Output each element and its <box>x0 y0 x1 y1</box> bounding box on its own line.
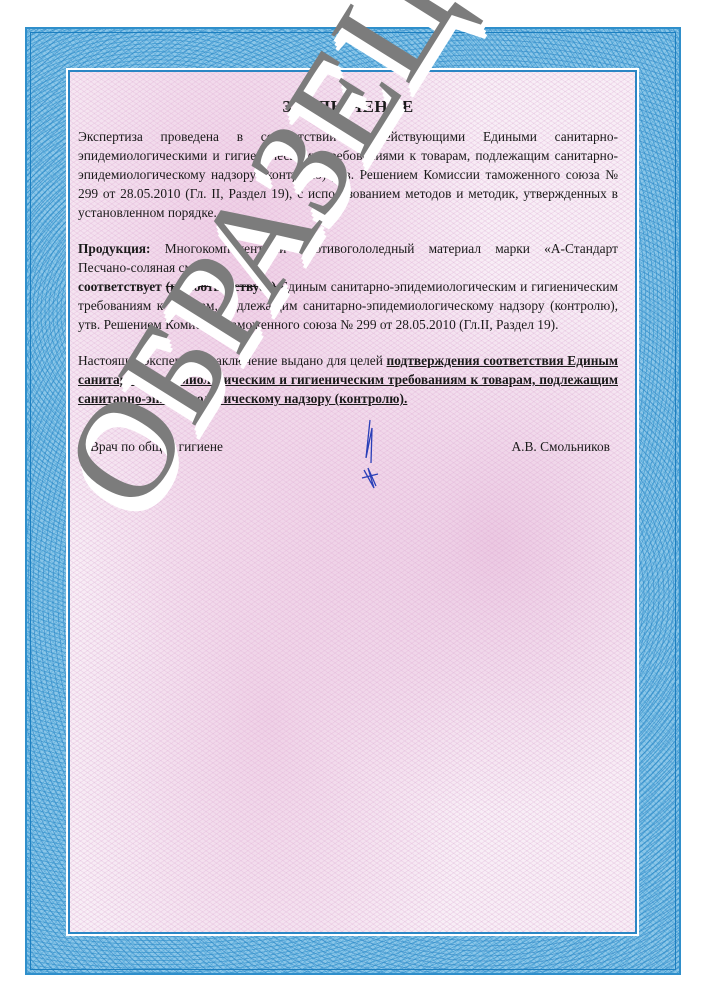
product-label: Продукция: <box>78 241 151 256</box>
signature-mark <box>356 418 386 493</box>
signatory-name: А.В. Смольников <box>511 439 610 455</box>
document-title: ЗАКЛЮЧЕНИЕ <box>78 96 618 118</box>
product-paragraph: Продукция: Многокомпонентный противоголо… <box>78 239 618 277</box>
signatory-position: Врач по общей гигиене <box>90 439 223 455</box>
certificate-content: ЗАКЛЮЧЕНИЕ Экспертиза проведена в соотве… <box>78 96 618 425</box>
intro-paragraph: Экспертиза проведена в соответствии с де… <box>78 127 618 222</box>
purpose-paragraph: Настоящее экспертное заключение выдано д… <box>78 351 618 408</box>
compliance-struck-option: (не соответствует) <box>166 279 276 294</box>
signature-row: Врач по общей гигиене А.В. Смольников <box>90 439 610 455</box>
compliance-status: соответствует <box>78 279 162 294</box>
purpose-lead: Настоящее экспертное заключение выдано д… <box>78 353 383 368</box>
compliance-paragraph: соответствует (не соответствует) Единым … <box>78 277 618 334</box>
product-text: Многокомпонентный противогололедный мате… <box>78 241 618 275</box>
